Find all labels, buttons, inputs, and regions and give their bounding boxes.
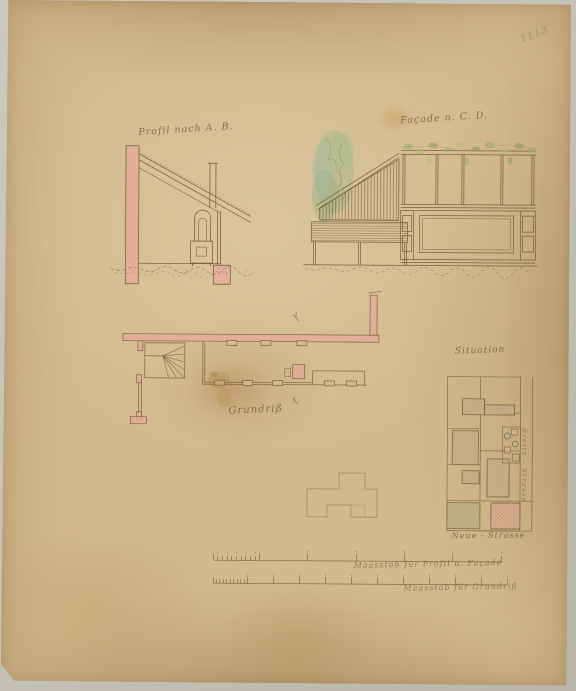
- scale-bars: [199, 547, 524, 601]
- floor-plan-drawing: [114, 288, 395, 430]
- facade-drawing: [295, 124, 546, 286]
- detail-outline: [305, 469, 380, 521]
- stain-blots: [208, 371, 231, 407]
- paper-sheet: 1113 Profil nach A. B.: [1, 0, 571, 685]
- sheet-number: 1113: [518, 24, 549, 45]
- situation-street-bottom-label: Neue - Strasse: [452, 530, 526, 540]
- scanned-sheet-stage: 1113 Profil nach A. B.: [0, 0, 576, 691]
- section-drawing: [108, 123, 259, 294]
- situation-street-right-label: Breite - Strasse: [520, 428, 528, 500]
- vine-garland: [403, 141, 536, 166]
